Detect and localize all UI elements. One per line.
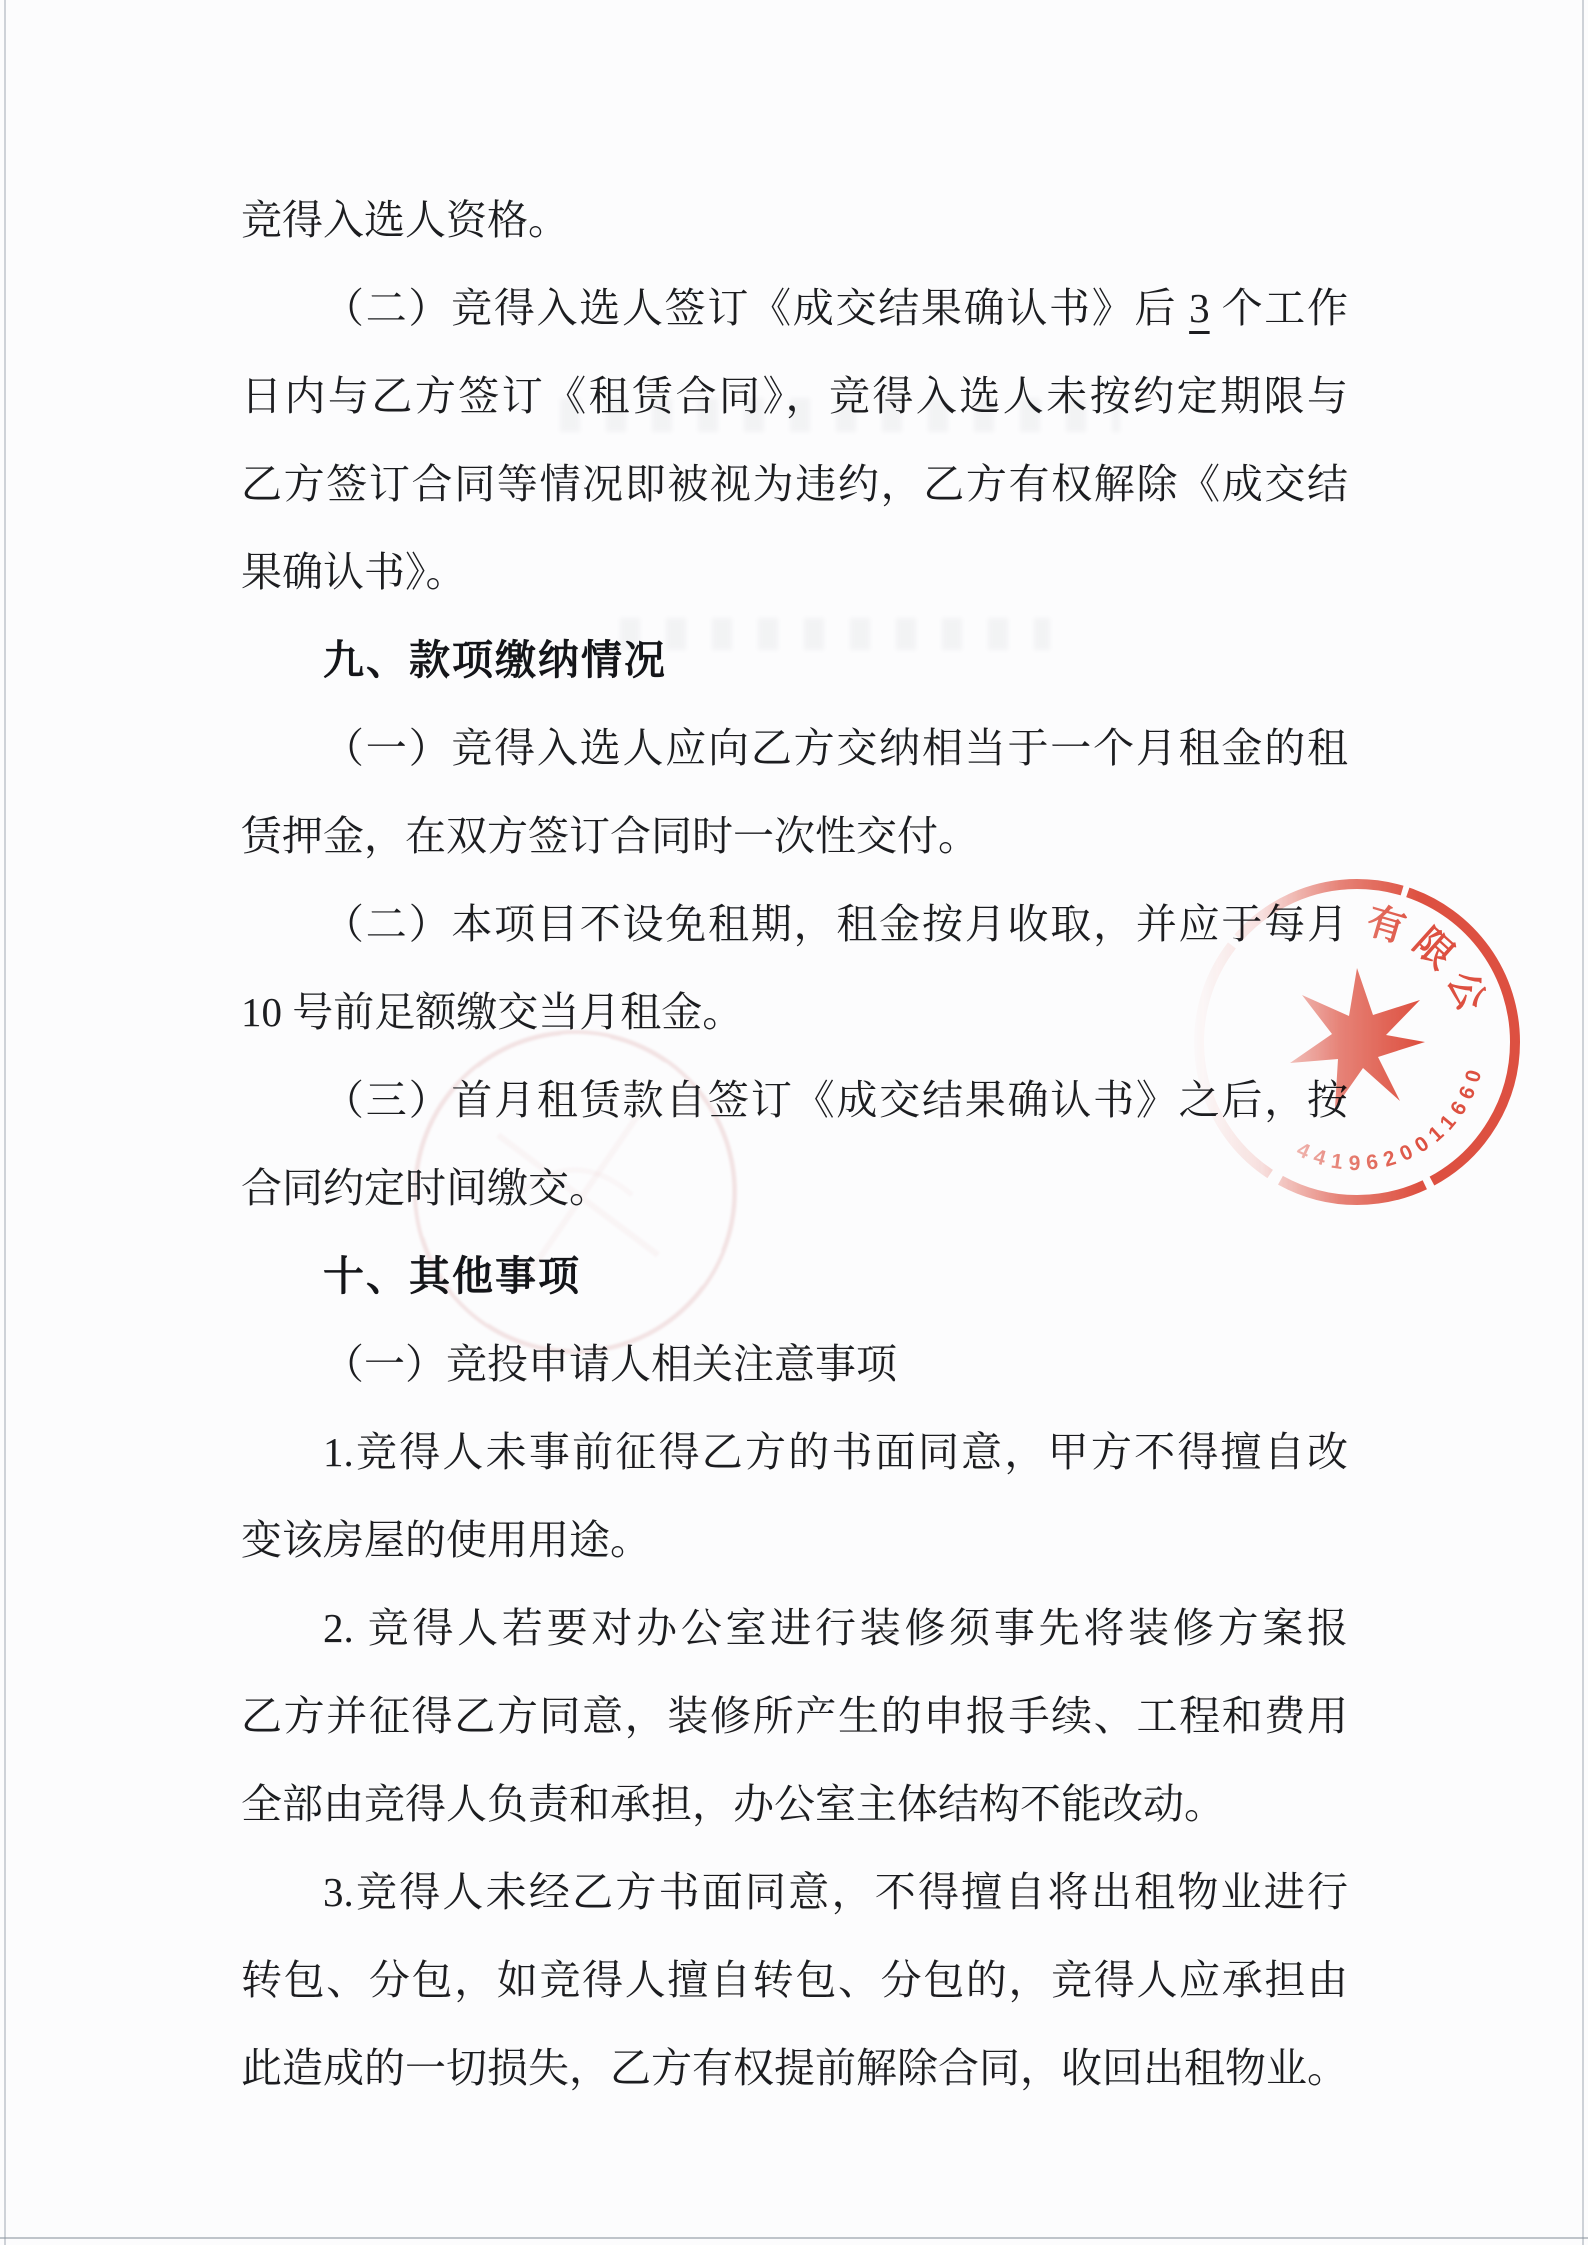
text-run: 个工作 [1210,285,1348,331]
text-line: 全部由竞得人负责和承担，办公室主体结构不能改动。 [241,1760,1348,1848]
text-line: 3.竞得人未经乙方书面同意，不得擅自将出租物业进行 [241,1848,1348,1936]
text-line: 赁押金，在双方签订合同时一次性交付。 [241,792,1348,880]
text-run: 全部由竞得人负责和承担，办公室主体结构不能改动。 [241,1781,1225,1827]
scan-edge-bottom [0,2237,1588,2239]
text-line: （二）本项目不设免租期，租金按月收取，并应于每月 [241,880,1348,968]
scan-edge-left [4,0,6,2245]
text-line: 竞得入选人资格。 [241,176,1348,264]
text-run: （一）竞得入选人应向乙方交纳相当于一个月租金的租 [323,725,1348,771]
text-line: 乙方签订合同等情况即被视为违约，乙方有权解除《成交结 [241,440,1348,528]
text-run: 2. 竞得人若要对办公室进行装修须事先将装修方案报 [323,1605,1348,1651]
underlined-number: 3 [1189,285,1210,331]
document-text: 竞得入选人资格。（二）竞得入选人签订《成交结果确认书》后 3 个工作日内与乙方签… [241,176,1348,2112]
text-run: 1.竞得人未事前征得乙方的书面同意，甲方不得擅自改 [323,1429,1348,1475]
section-heading: 九、款项缴纳情况 [241,616,1348,704]
text-run: 10 号前足额缴交当月租金。 [241,989,743,1035]
text-run: 九、款项缴纳情况 [323,637,667,683]
text-line: 日内与乙方签订《租赁合同》，竞得入选人未按约定期限与 [241,352,1348,440]
section-heading: 十、其他事项 [241,1232,1348,1320]
text-line: 合同约定时间缴交。 [241,1144,1348,1232]
text-run: （一）竞投申请人相关注意事项 [323,1341,897,1387]
text-line: 1.竞得人未事前征得乙方的书面同意，甲方不得擅自改 [241,1408,1348,1496]
text-run: （二）本项目不设免租期，租金按月收取，并应于每月 [323,901,1348,947]
text-line: 10 号前足额缴交当月租金。 [241,968,1348,1056]
text-run: （三）首月租赁款自签订《成交结果确认书》之后，按 [323,1077,1348,1123]
text-line: （一）竞得入选人应向乙方交纳相当于一个月租金的租 [241,704,1348,792]
text-run: 此造成的一切损失，乙方有权提前解除合同，收回出租物业。 [241,2045,1348,2091]
text-run: 3.竞得人未经乙方书面同意，不得擅自将出租物业进行 [323,1869,1348,1915]
text-line: 此造成的一切损失，乙方有权提前解除合同，收回出租物业。 [241,2024,1348,2112]
text-run: 乙方并征得乙方同意，装修所产生的申报手续、工程和费用 [241,1693,1348,1739]
text-run: 果确认书》。 [241,549,467,595]
text-run: （二）竞得入选人签订《成交结果确认书》后 [323,285,1189,331]
text-run: 竞得入选人资格。 [241,197,569,243]
text-line: （三）首月租赁款自签订《成交结果确认书》之后，按 [241,1056,1348,1144]
text-run: 日内与乙方签订《租赁合同》，竞得入选人未按约定期限与 [241,373,1348,419]
text-run: 赁押金，在双方签订合同时一次性交付。 [241,813,979,859]
text-run: 转包、分包，如竞得人擅自转包、分包的，竞得人应承担由 [241,1957,1348,2003]
scan-edge-right [1582,0,1584,2245]
scanned-contract-page: { "page": { "paper_color": "#fcfcfd", "t… [0,0,1588,2245]
text-line: 果确认书》。 [241,528,1348,616]
text-line: （二）竞得入选人签订《成交结果确认书》后 3 个工作 [241,264,1348,352]
text-line: 变该房屋的使用用途。 [241,1496,1348,1584]
text-run: 乙方签订合同等情况即被视为违约，乙方有权解除《成交结 [241,461,1348,507]
text-run: 合同约定时间缴交。 [241,1165,610,1211]
text-line: 2. 竞得人若要对办公室进行装修须事先将装修方案报 [241,1584,1348,1672]
text-line: 乙方并征得乙方同意，装修所产生的申报手续、工程和费用 [241,1672,1348,1760]
text-run: 十、其他事项 [323,1253,581,1299]
text-run: 变该房屋的使用用途。 [241,1517,651,1563]
text-line: 转包、分包，如竞得人擅自转包、分包的，竞得人应承担由 [241,1936,1348,2024]
text-line: （一）竞投申请人相关注意事项 [241,1320,1348,1408]
